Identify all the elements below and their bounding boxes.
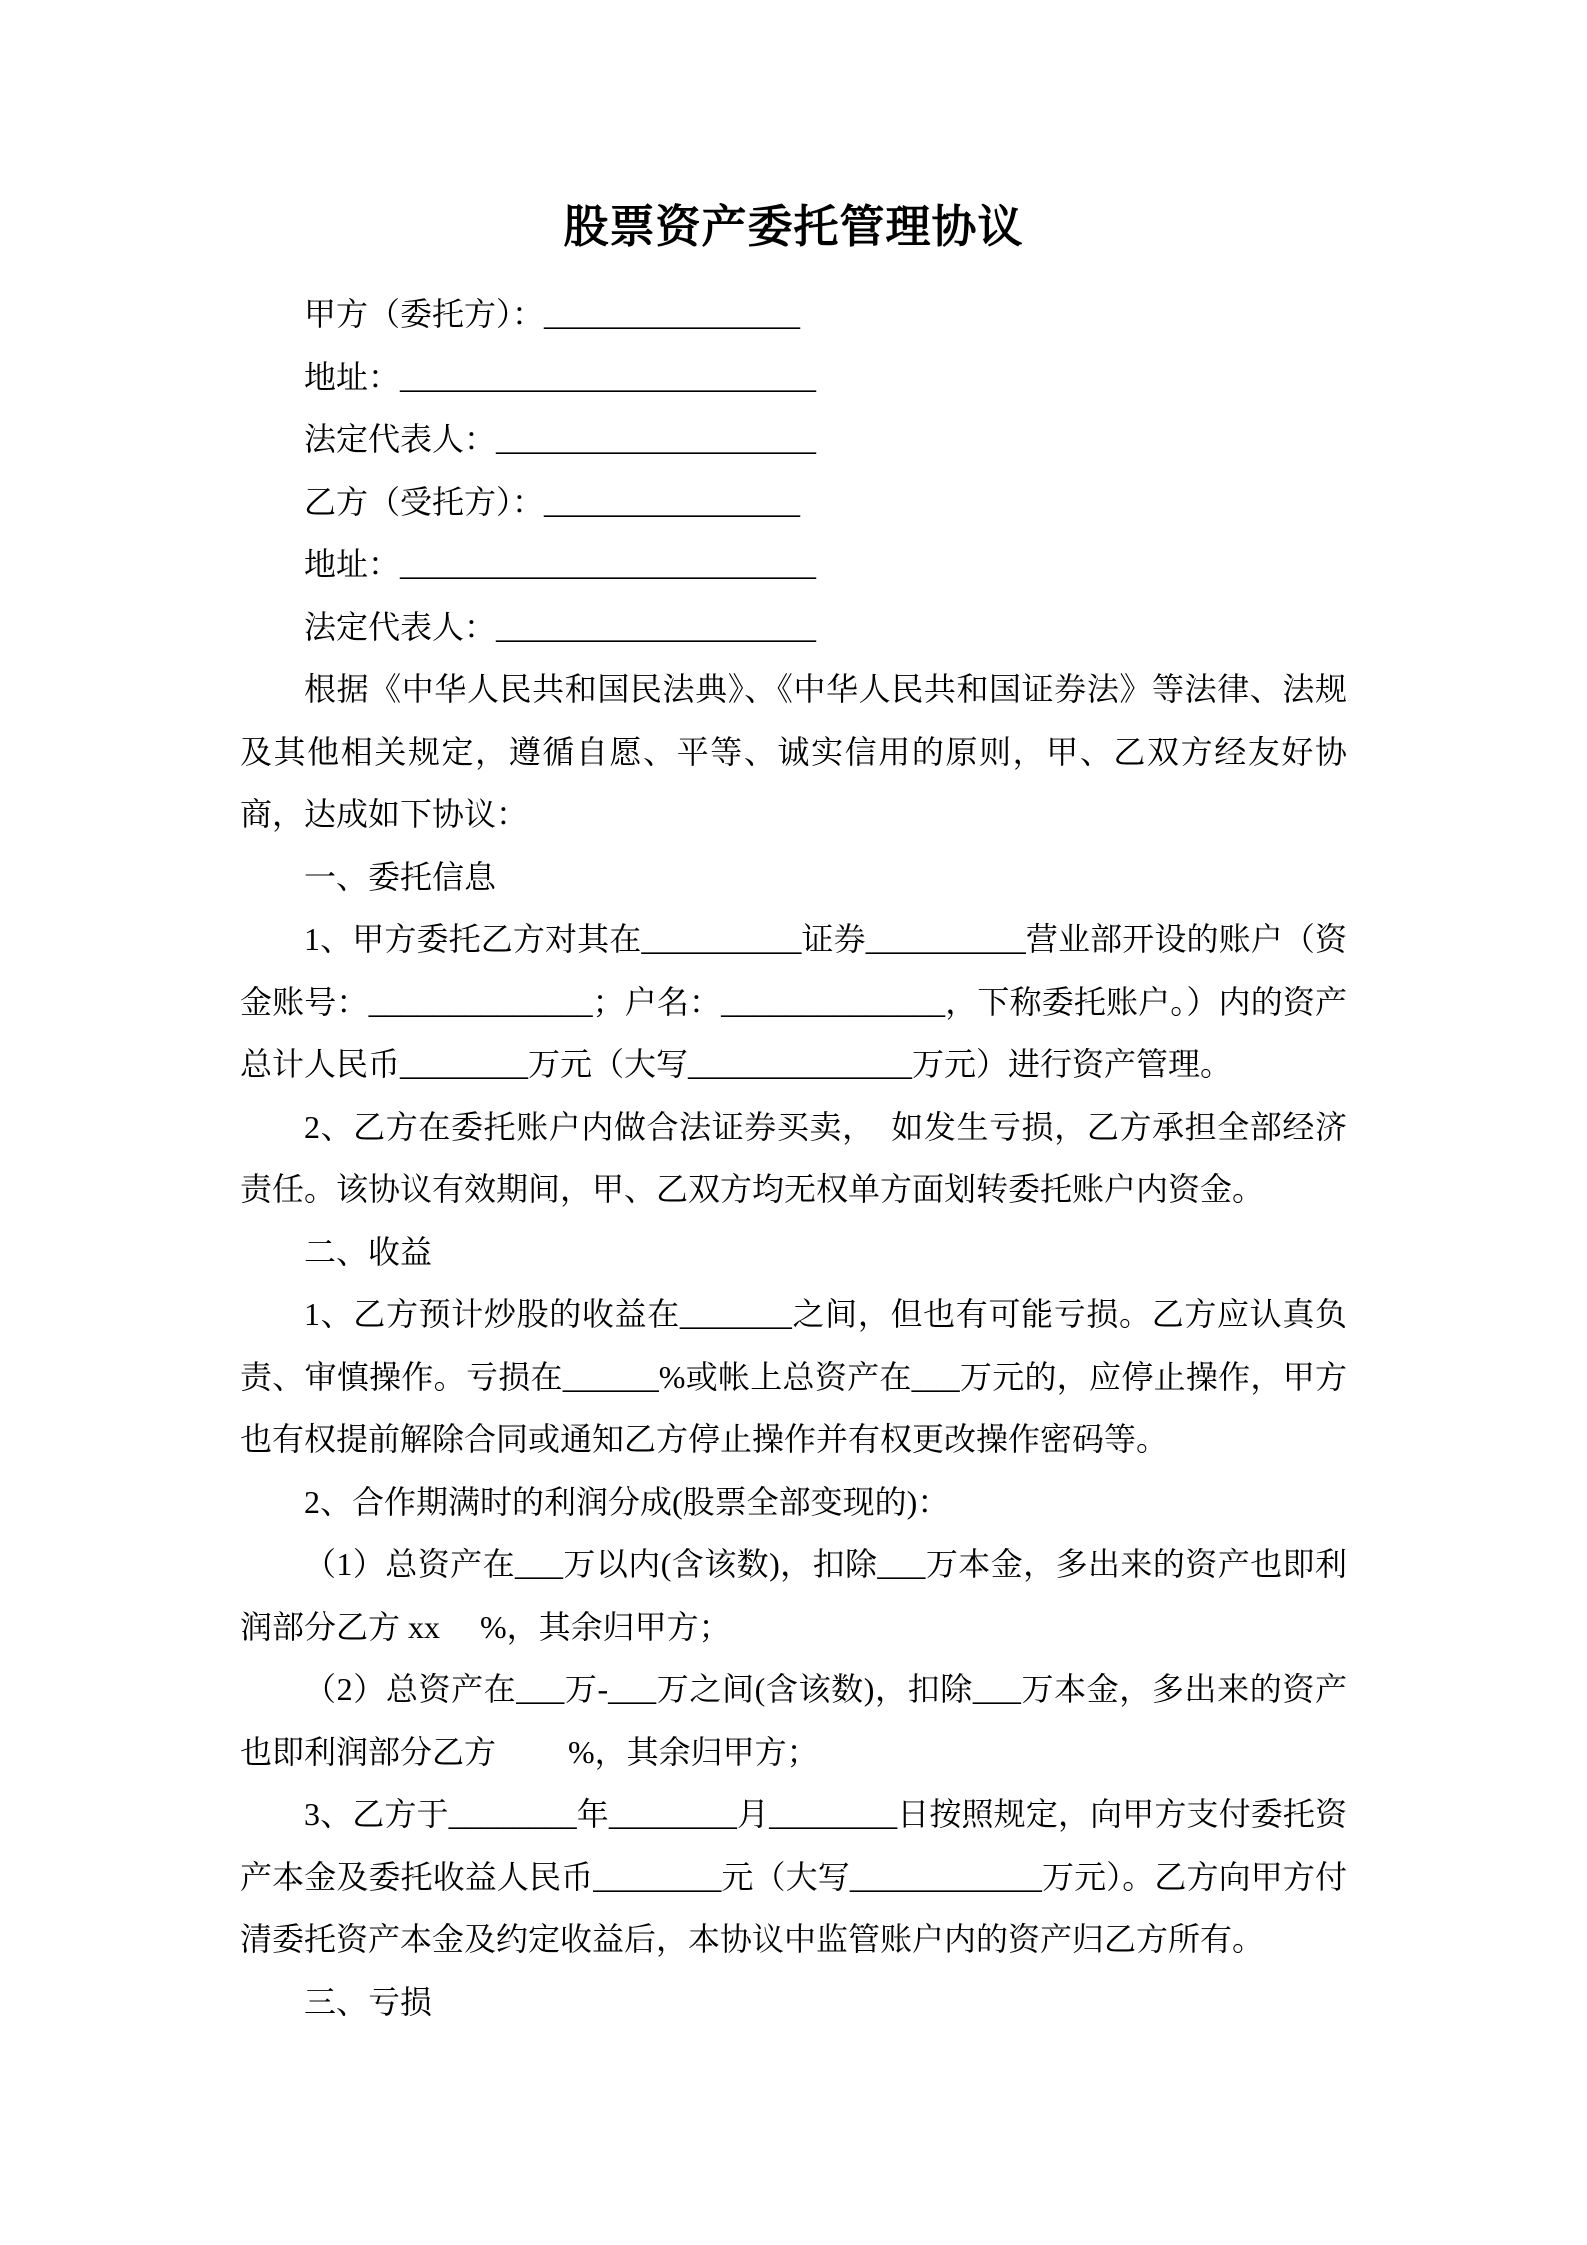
preamble-paragraph: 根据《中华人民共和国民法典》、《中华人民共和国证券法》等法律、法规及其他相关规定… bbox=[240, 658, 1347, 846]
clause-2-1: 1、乙方预计炒股的收益在_______之间，但也有可能亏损。乙方应认真负责、审慎… bbox=[240, 1283, 1347, 1471]
clause-2-2: 2、合作期满时的利润分成(股票全部变现的)： bbox=[240, 1471, 1347, 1534]
section-2-heading: 二、收益 bbox=[240, 1221, 1347, 1284]
party-b-line: 乙方（受托方）：________________ bbox=[240, 471, 1347, 534]
party-b-representative-line: 法定代表人：____________________ bbox=[240, 596, 1347, 659]
clause-1-1: 1、甲方委托乙方对其在__________证券__________营业部开设的账… bbox=[240, 908, 1347, 1096]
party-a-representative-line: 法定代表人：____________________ bbox=[240, 408, 1347, 471]
section-1-heading: 一、委托信息 bbox=[240, 846, 1347, 909]
section-3-heading: 三、亏损 bbox=[240, 1971, 1347, 2034]
clause-2-3: 3、乙方于________年________月________日按照规定，向甲方… bbox=[240, 1783, 1347, 1971]
clause-2-2-item-1: （1）总资产在___万以内(含该数)，扣除___万本金，多出来的资产也即利润部分… bbox=[240, 1533, 1347, 1658]
clause-1-2: 2、乙方在委托账户内做合法证券买卖， 如发生亏损，乙方承担全部经济责任。该协议有… bbox=[240, 1096, 1347, 1221]
party-a-line: 甲方（委托方）：________________ bbox=[240, 283, 1347, 346]
party-a-address-line: 地址：__________________________ bbox=[240, 346, 1347, 409]
clause-2-2-item-2: （2）总资产在___万-___万之间(含该数)，扣除___万本金，多出来的资产也… bbox=[240, 1658, 1347, 1783]
contract-page: 股票资产委托管理协议 甲方（委托方）：________________ 地址：_… bbox=[0, 0, 1587, 2245]
party-b-address-line: 地址：__________________________ bbox=[240, 533, 1347, 596]
document-title: 股票资产委托管理协议 bbox=[240, 190, 1347, 265]
